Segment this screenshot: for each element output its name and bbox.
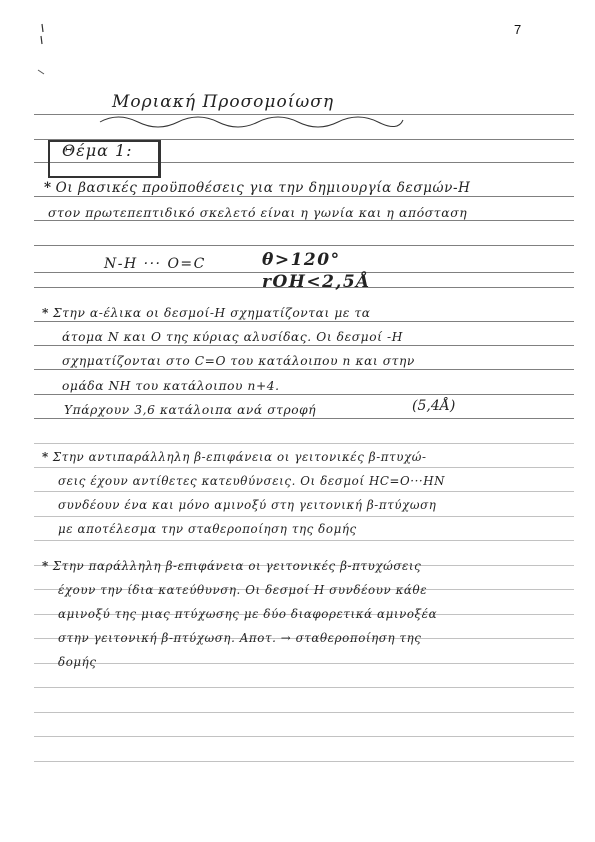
ruled-line xyxy=(34,663,574,664)
section-2-line: άτομα N και O της κύριας αλυσίδας. Οι δε… xyxy=(62,330,403,344)
ruled-line xyxy=(34,345,574,346)
ruled-line xyxy=(34,687,574,688)
section-2-line: ομάδα NH του κατάλοιπου n+4. xyxy=(62,379,280,393)
ruled-line xyxy=(34,516,574,517)
ruled-line xyxy=(34,196,574,197)
ruled-line xyxy=(34,245,574,246)
ruled-line xyxy=(34,712,574,713)
section-2-line: *Στην α-έλικα οι δεσμοί-Η σχηματίζονται … xyxy=(42,306,371,320)
angle-condition: θ>120° xyxy=(262,250,341,270)
section-1-line: στον πρωτεπεπτιδικό σκελετό είναι η γωνί… xyxy=(48,205,467,220)
section-3-line: με αποτέλεσμα την σταθεροποίηση της δομή… xyxy=(58,522,357,536)
ruled-line xyxy=(34,321,574,322)
ruled-line xyxy=(34,540,574,541)
ruled-line xyxy=(34,491,574,492)
section-4-line: στην γειτονική β-πτύχωση. Αποτ. → σταθερ… xyxy=(58,631,421,645)
hbond-formula: N-H ··· O=C xyxy=(104,256,206,272)
title-wavy-underline xyxy=(98,114,408,128)
scan-margin-marks xyxy=(36,22,48,82)
ruled-line xyxy=(34,467,574,468)
page-number: 7 xyxy=(514,22,521,37)
bullet-asterisk: * xyxy=(42,450,49,464)
ruled-line xyxy=(34,394,574,395)
page-title: Μοριακή Προσομοίωση xyxy=(112,92,334,112)
ruled-line xyxy=(34,418,574,419)
section-3-line: συνδέουν ένα και μόνο αμινοξύ στη γειτον… xyxy=(58,498,436,512)
topic-label: Θέμα 1: xyxy=(62,141,133,160)
section-3-line: σεις έχουν αντίθετες κατευθύνσεις. Οι δε… xyxy=(58,474,445,488)
turn-length-note: (5,4Å) xyxy=(412,398,455,414)
bullet-asterisk: * xyxy=(42,306,49,320)
ruled-line xyxy=(34,736,574,737)
section-3-line: *Στην αντιπαράλληλη β-επιφάνεια οι γειτο… xyxy=(42,450,427,464)
section-1-line: *Οι βασικές προϋποθέσεις για την δημιουρ… xyxy=(44,180,470,196)
ruled-line xyxy=(34,369,574,370)
bullet-asterisk: * xyxy=(42,559,49,573)
section-4-line: δομής xyxy=(58,655,97,669)
section-4-line: έχουν την ίδια κατεύθυνση. Οι δεσμοί Η σ… xyxy=(58,583,427,597)
section-4-line: αμινοξύ της μιας πτύχωσης με δύο διαφορε… xyxy=(58,607,437,621)
section-2-line: Υπάρχουν 3,6 κατάλοιπα ανά στροφή xyxy=(64,403,316,417)
ruled-line xyxy=(34,761,574,762)
section-2-line: σχηματίζονται στο C=O του κατάλοιπου n κ… xyxy=(62,354,415,368)
section-4-line: *Στην παράλληλη β-επιφάνεια οι γειτονικέ… xyxy=(42,559,421,573)
ruled-line xyxy=(34,220,574,221)
bullet-asterisk: * xyxy=(44,180,52,196)
distance-condition: rOH<2,5Å xyxy=(262,272,371,292)
ruled-line xyxy=(34,443,574,444)
